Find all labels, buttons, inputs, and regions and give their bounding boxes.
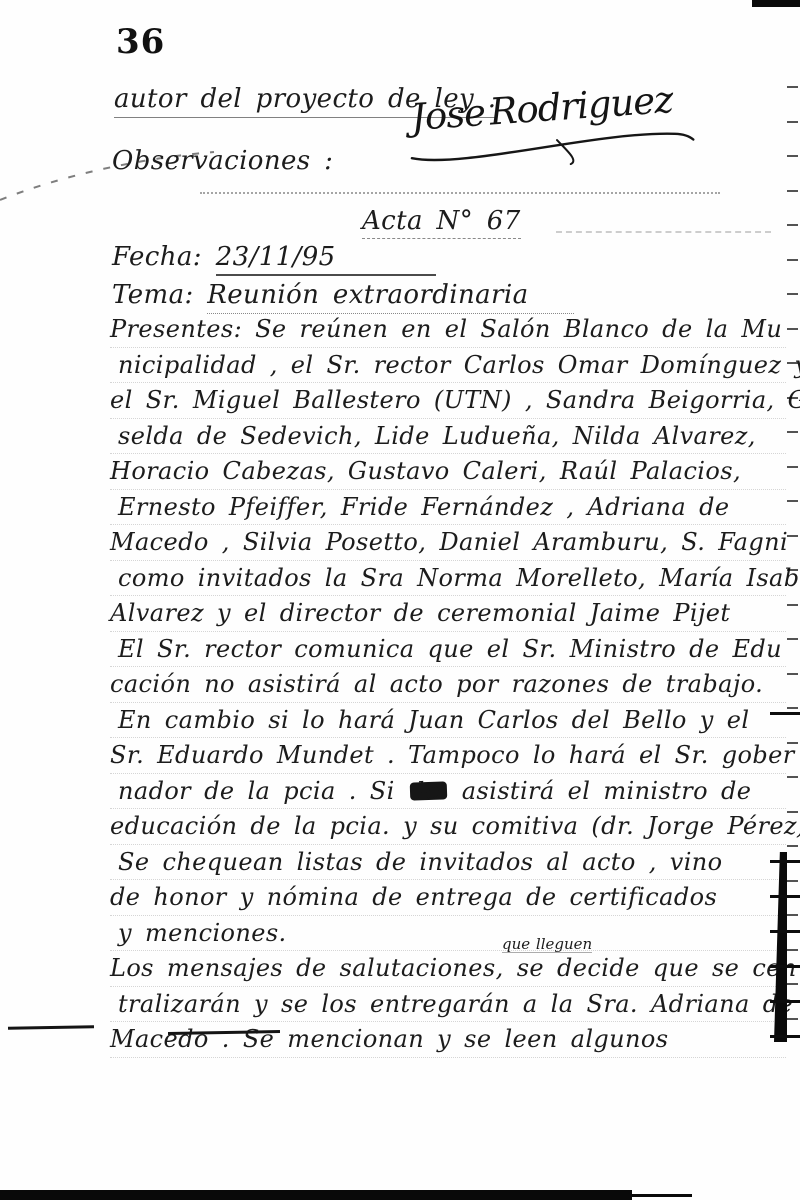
manuscript-line: el Sr. Miguel Ballestero (UTN) , Sandra …	[110, 383, 786, 419]
manuscript-line: El Sr. rector comunica que el Sr. Minist…	[110, 632, 786, 668]
right-margin-tick	[787, 431, 798, 433]
manuscript-line: de honor y nómina de entrega de certific…	[110, 880, 786, 916]
right-margin-cross-tick	[770, 1035, 800, 1038]
manuscript-line: Macedo , Silvia Posetto, Daniel Aramburu…	[110, 525, 786, 561]
right-margin-tick	[787, 707, 798, 709]
right-margin-cross-tick	[770, 930, 800, 933]
right-margin-tick	[787, 604, 798, 606]
right-margin-tick	[787, 155, 798, 157]
right-margin-tick	[787, 1018, 798, 1020]
insertion-note: que lleguen	[502, 937, 592, 953]
right-margin-tick	[787, 397, 798, 399]
manuscript-line: Ernesto Pfeiffer, Fride Fernández , Adri…	[110, 490, 786, 526]
right-margin-cross-tick	[770, 860, 800, 863]
fecha-line: Fecha: 23/11/95	[112, 242, 436, 272]
manuscript-line: Presentes: Se reúnen en el Salón Blanco …	[110, 312, 786, 348]
ruled-line-dashes	[200, 192, 720, 194]
fecha-label: Fecha:	[112, 242, 202, 272]
manuscript-line: educación de la pcia. y su comitiva (dr.…	[110, 809, 786, 845]
right-margin-cross-tick	[770, 965, 800, 968]
manuscript-line: Macedo . Se mencionan y se leen algunos	[110, 1022, 786, 1058]
top-right-scan-mark	[752, 0, 800, 7]
right-margin-tick	[787, 259, 798, 261]
right-margin-tick	[787, 811, 798, 813]
gobernador-part1: nador de la pcia . Si	[118, 777, 395, 805]
bottom-scan-bar	[0, 1190, 632, 1200]
right-margin-tick	[787, 949, 798, 951]
scanned-manuscript-page: 36 autor del proyecto de ley . Jose Rodr…	[0, 0, 800, 1200]
page-number: 36	[116, 22, 165, 62]
tema-line: Tema: Reunión extraordinaria	[112, 280, 574, 310]
right-margin-tick	[787, 880, 798, 882]
right-margin-tick	[787, 328, 798, 330]
right-margin-tick	[787, 190, 798, 192]
right-margin-cross-tick	[770, 895, 800, 898]
acta-title: Acta N° 67	[362, 206, 521, 239]
fecha-value: 23/11/95	[216, 242, 436, 276]
manuscript-line: nicipalidad , el Sr. rector Carlos Omar …	[110, 348, 786, 384]
manuscript-line: Se chequean listas de invitados al acto …	[110, 845, 786, 881]
bottom-scan-bar-tail	[600, 1194, 692, 1197]
right-margin-tick	[787, 224, 798, 226]
salutaciones-part1: Los mensajes de salutaciones,	[110, 954, 504, 982]
manuscript-line: En cambio si lo hará Juan Carlos del Bel…	[110, 703, 786, 739]
right-margin-tick	[787, 535, 798, 537]
manuscript-line: cación no asistirá al acto por razones d…	[110, 667, 786, 703]
manuscript-line-gobernador: nador de la pcia . Si lo asistirá el min…	[110, 774, 786, 810]
right-margin-tick	[787, 362, 798, 364]
right-margin-tick	[787, 673, 798, 675]
salutaciones-part2: se decide que se cen	[517, 954, 797, 982]
manuscript-line: selda de Sedevich, Lide Ludueña, Nilda A…	[110, 419, 786, 455]
manuscript-body: Presentes: Se reúnen en el Salón Blanco …	[110, 312, 786, 1058]
gobernador-part2: asistirá el ministro de	[462, 777, 752, 805]
right-margin-cross-tick	[770, 712, 800, 715]
right-margin-tick	[787, 638, 798, 640]
right-margin-tick	[787, 983, 798, 985]
manuscript-line: y menciones.	[110, 916, 786, 952]
right-margin-tick	[787, 914, 798, 916]
right-margin-tick	[787, 776, 798, 778]
manuscript-line: Alvarez y el director de ceremonial Jaim…	[110, 596, 786, 632]
right-margin-tick	[787, 86, 798, 88]
tema-label: Tema:	[112, 280, 194, 310]
manuscript-line: Horacio Cabezas, Gustavo Caleri, Raúl Pa…	[110, 454, 786, 490]
right-margin-cross-tick	[770, 1000, 800, 1003]
tema-value: Reunión extraordinaria	[207, 280, 573, 314]
right-margin-tick	[787, 742, 798, 744]
left-margin-arc-mark	[0, 138, 220, 208]
manuscript-line-salutaciones: Los mensajes de salutaciones, se decide …	[110, 951, 786, 987]
manuscript-line: tralizarán y se los entregarán a la Sra.…	[110, 987, 786, 1023]
manuscript-line: como invitados la Sra Norma Morelleto, M…	[110, 561, 786, 597]
scribble-strikeout: lo	[409, 781, 447, 800]
right-margin-tick	[787, 845, 798, 847]
manuscript-line: Sr. Eduardo Mundet . Tampoco lo hará el …	[110, 738, 786, 774]
ruled-line-dashes	[556, 231, 771, 233]
right-margin-tick	[787, 293, 798, 295]
right-margin-tick	[787, 569, 798, 571]
right-margin-tick	[787, 466, 798, 468]
right-margin-tick	[787, 121, 798, 123]
left-scan-dash	[8, 1025, 94, 1030]
right-margin-tick	[787, 500, 798, 502]
